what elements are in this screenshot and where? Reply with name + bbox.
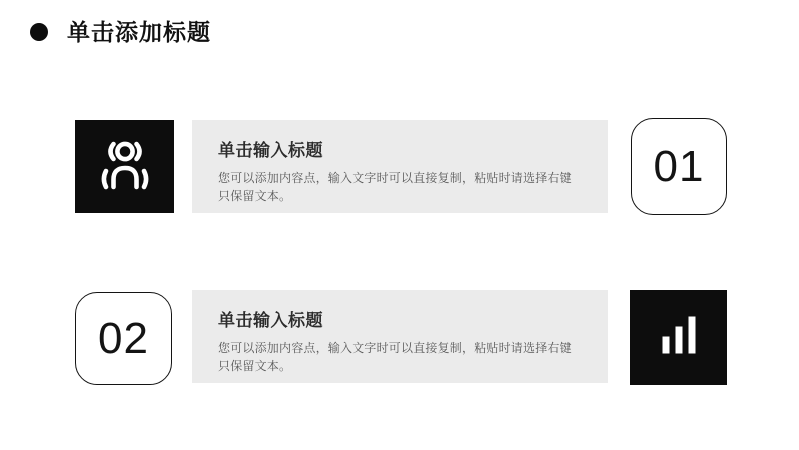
- slide-heading-row: 单击添加标题: [30, 19, 211, 44]
- bar-chart-icon: [662, 316, 696, 359]
- bullet-dot-icon: [30, 23, 48, 41]
- number-label: 01: [654, 145, 705, 189]
- card-title: 单击输入标题: [218, 306, 580, 331]
- card-body: 您可以添加内容点，输入文字时可以直接复制，粘贴时请选择右键只保留文本。: [218, 339, 580, 375]
- content-card-2[interactable]: 单击输入标题 您可以添加内容点，输入文字时可以直接复制，粘贴时请选择右键只保留文…: [192, 290, 608, 383]
- team-icon: [100, 137, 150, 196]
- number-badge-01[interactable]: 01: [631, 118, 727, 215]
- bar-chart-icon-box[interactable]: [630, 290, 727, 385]
- number-label: 02: [98, 317, 149, 361]
- content-card-1[interactable]: 单击输入标题 您可以添加内容点，输入文字时可以直接复制，粘贴时请选择右键只保留文…: [192, 120, 608, 213]
- slide-title[interactable]: 单击添加标题: [67, 19, 211, 44]
- team-icon-box[interactable]: [75, 120, 174, 213]
- presentation-slide: 单击添加标题 单击输入标题 您可以添加内容点，输入文字时可以直接复制，粘贴时请选…: [0, 0, 799, 450]
- card-title: 单击输入标题: [218, 136, 580, 161]
- number-badge-02[interactable]: 02: [75, 292, 172, 385]
- card-body: 您可以添加内容点，输入文字时可以直接复制，粘贴时请选择右键只保留文本。: [218, 169, 580, 205]
